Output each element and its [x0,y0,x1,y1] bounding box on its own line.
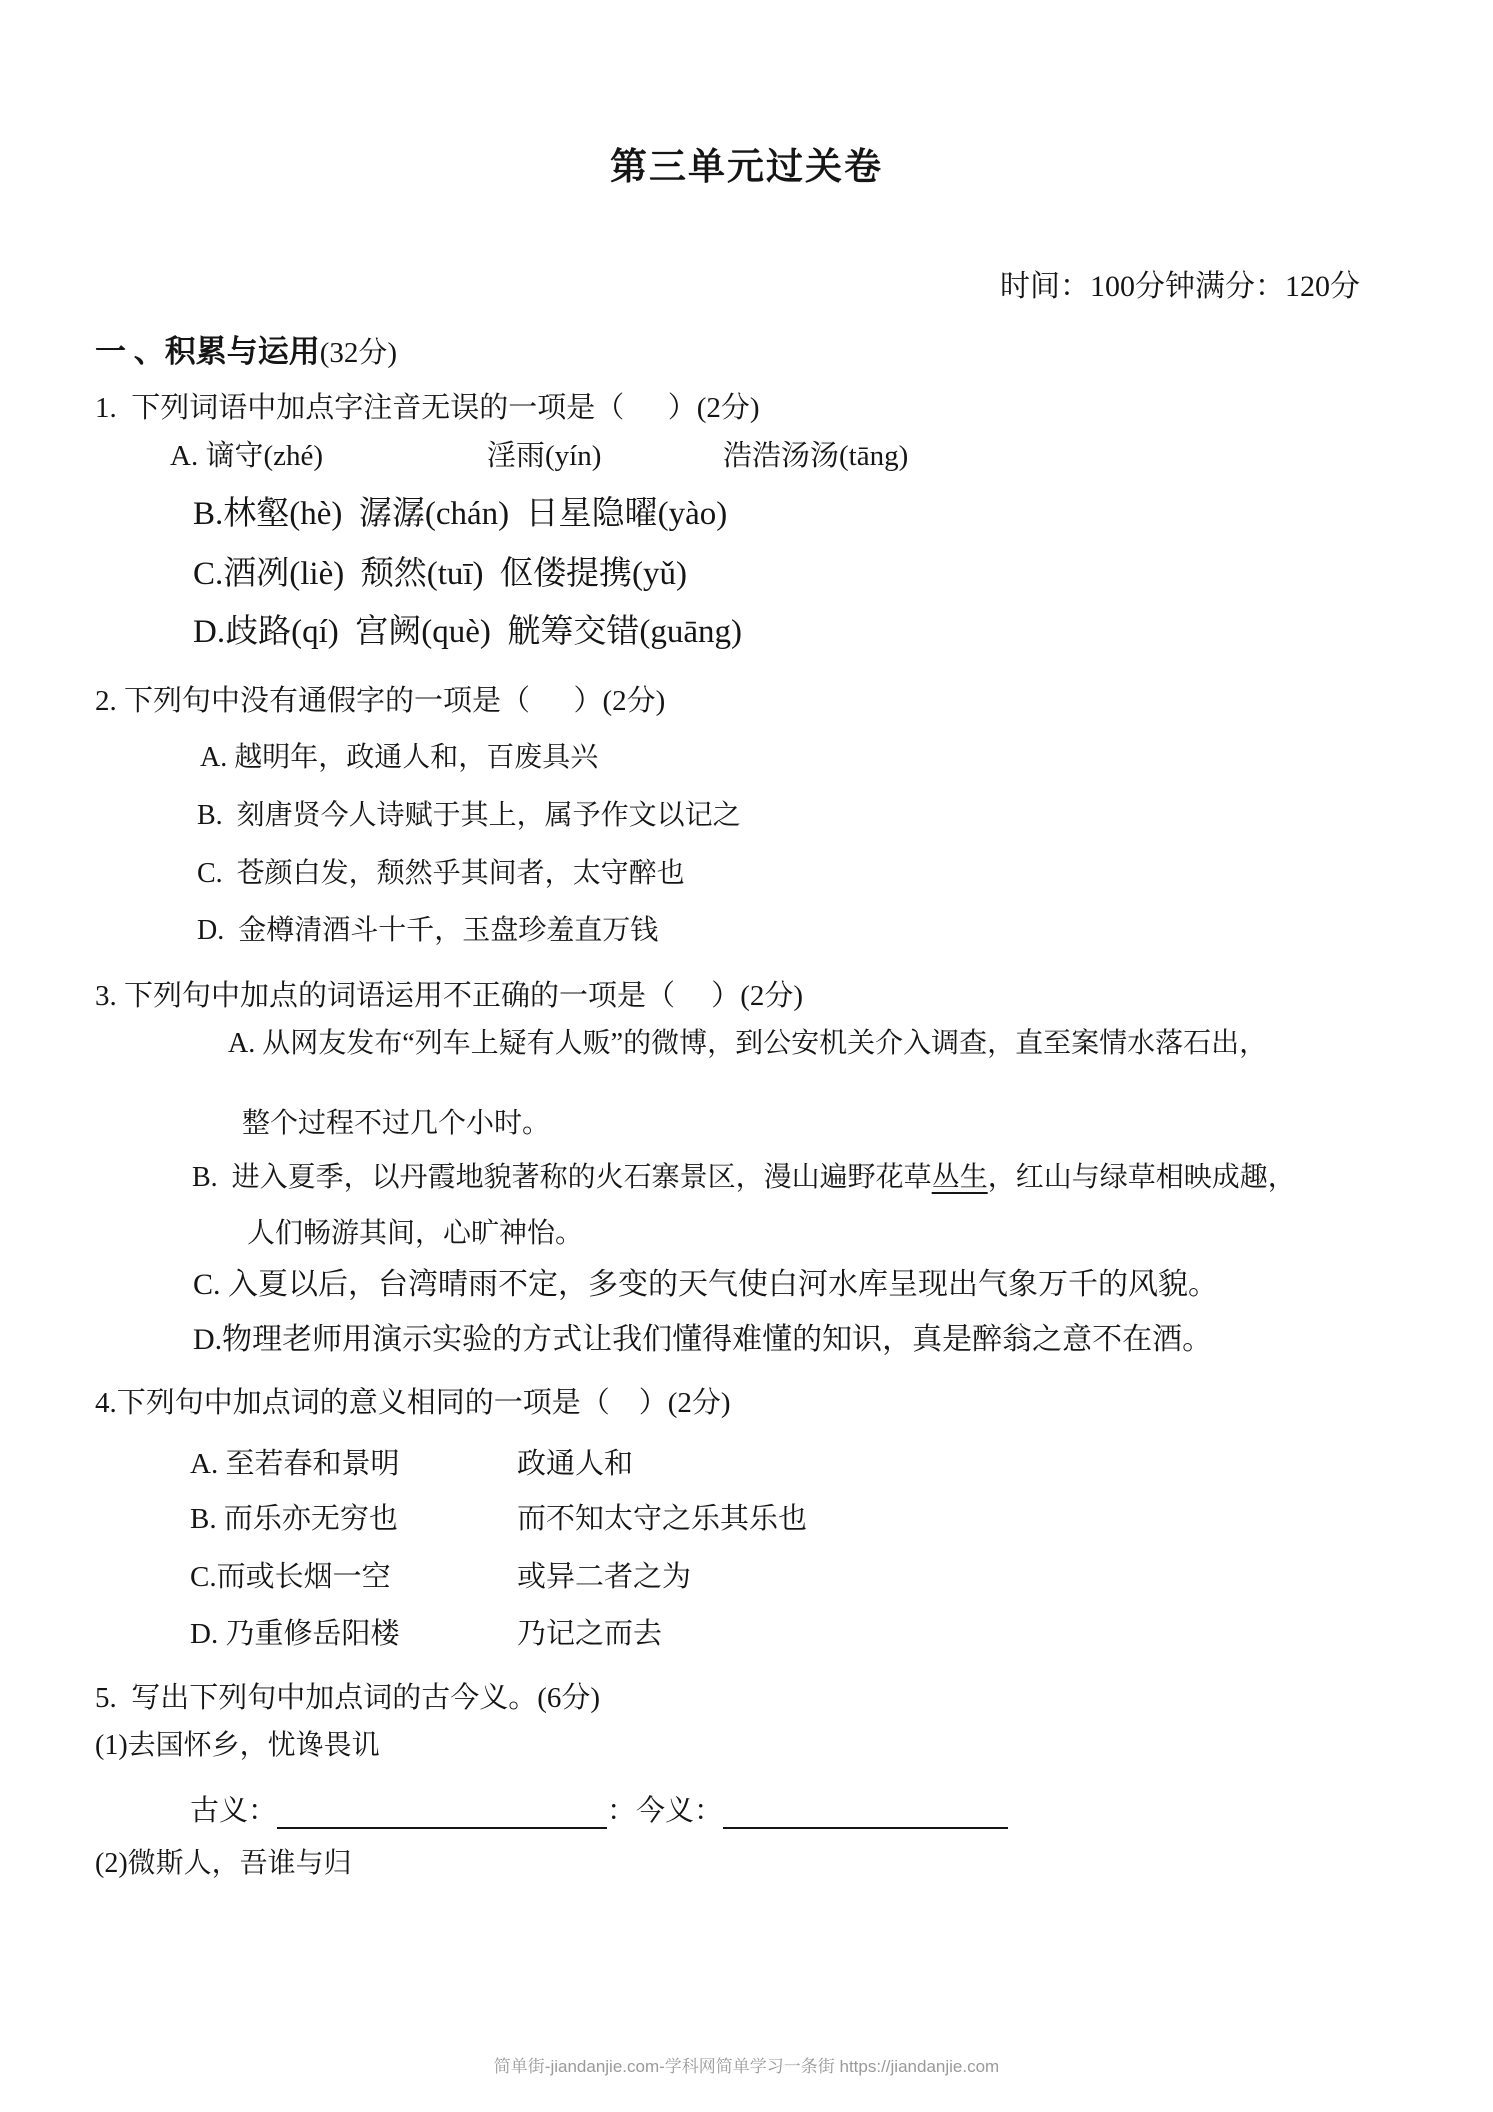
section-heading: 一 、积累与运用(32分) [95,333,397,372]
q1-option-b: B.林壑(hè) 潺潺(chán) 日星隐曜(yào) [193,494,727,535]
q1-option-d: D.歧路(qí) 宫阙(què) 觥筹交错(guāng) [193,612,742,653]
q3-option-a-line2: 整个过程不过几个小时。 [242,1106,550,1141]
exam-time-score: 时间：100分钟满分：120分 [1000,268,1360,306]
q3-option-d: D.物理老师用演示实验的方式让我们懂得难懂的知识，真是醉翁之意不在酒。 [193,1321,1212,1359]
q4-option-c-right: 或异二者之为 [517,1554,691,1595]
q1-stem: 1. 下列词语中加点字注音无误的一项是（ ）(2分) [95,390,760,426]
q5-subitem-2: (2)微斯人，吾谁与归 [95,1846,352,1881]
q1-option-a-word1: A. 谪守(zhé) [170,438,323,474]
q3-option-b-emphasized-word: 丛生 [932,1162,988,1193]
modern-meaning-label: ：今义： [607,1795,723,1827]
watermark-footer: 简单街-jiandanjie.com-学科网简单学习一条街 https://ji… [0,2056,1493,2077]
q3-option-b-seg1: B. 进入夏季，以丹霞地貌著称的火石寨景区，漫山遍野花草 [192,1162,932,1193]
q2-option-a: A. 越明年，政通人和，百废具兴 [200,740,598,775]
q3-option-b-line2: 人们畅游其间，心旷神怡。 [247,1216,583,1251]
q4-option-b-right: 而不知太守之乐其乐也 [517,1496,807,1537]
q4-option-a-right: 政通人和 [517,1441,633,1482]
exam-paper: 第三单元过关卷 时间：100分钟满分：120分 一 、积累与运用(32分) 1.… [0,0,1493,2112]
ancient-meaning-blank [277,1795,607,1829]
ancient-meaning-label: 古义： [190,1795,277,1827]
q3-stem: 3. 下列句中加点的词语运用不正确的一项是（ ）(2分) [95,978,803,1014]
q4-stem: 4.下列句中加点词的意义相同的一项是（ ）(2分) [95,1385,731,1421]
q5-stem: 5. 写出下列句中加点词的古今义。(6分) [95,1680,600,1716]
q4-option-d-left: D. 乃重修岳阳楼 [190,1611,399,1652]
section-score: (32分) [320,337,397,369]
q2-option-b: B. 刻唐贤今人诗赋于其上，属予作文以记之 [197,798,741,833]
q4-option-d-right: 乃记之而去 [517,1611,662,1652]
page-title: 第三单元过关卷 [0,145,1493,191]
q2-stem: 2. 下列句中没有通假字的一项是（ ）(2分) [95,683,665,719]
q4-option-c-left: C.而或长烟一空 [190,1554,391,1595]
q5-subitem-1: (1)去国怀乡，忧谗畏讥 [95,1728,380,1763]
q3-option-a-line1: A. 从网友发布“列车上疑有人贩”的微博，到公安机关介入调查，直至案情水落石出， [228,1026,1267,1061]
q3-option-b-line1: B. 进入夏季，以丹霞地貌著称的火石寨景区，漫山遍野花草丛生，红山与绿草相映成趣… [192,1160,1296,1195]
q4-option-a-left: A. 至若春和景明 [190,1441,399,1482]
q2-option-d: D. 金樽清酒斗十千，玉盘珍羞直万钱 [197,913,658,948]
q5-answer-line: 古义：：今义： [190,1793,1008,1829]
q3-option-b-seg2: ，红山与绿草相映成趣， [988,1162,1296,1193]
modern-meaning-blank [723,1795,1008,1829]
q1-option-c: C.酒冽(liè) 颓然(tuī) 伛偻提携(yǔ) [193,554,687,595]
q1-option-a-word3: 浩浩汤汤(tāng) [723,438,908,474]
q2-option-c: C. 苍颜白发，颓然乎其间者，太守醉也 [197,856,685,891]
q4-option-b-left: B. 而乐亦无穷也 [190,1496,398,1537]
q3-option-c: C. 入夏以后，台湾晴雨不定，多变的天气使白河水库呈现出气象万千的风貌。 [193,1266,1218,1304]
q1-option-a-word2: 淫雨(yín) [487,438,601,474]
section-label: 一 、积累与运用 [95,334,320,369]
